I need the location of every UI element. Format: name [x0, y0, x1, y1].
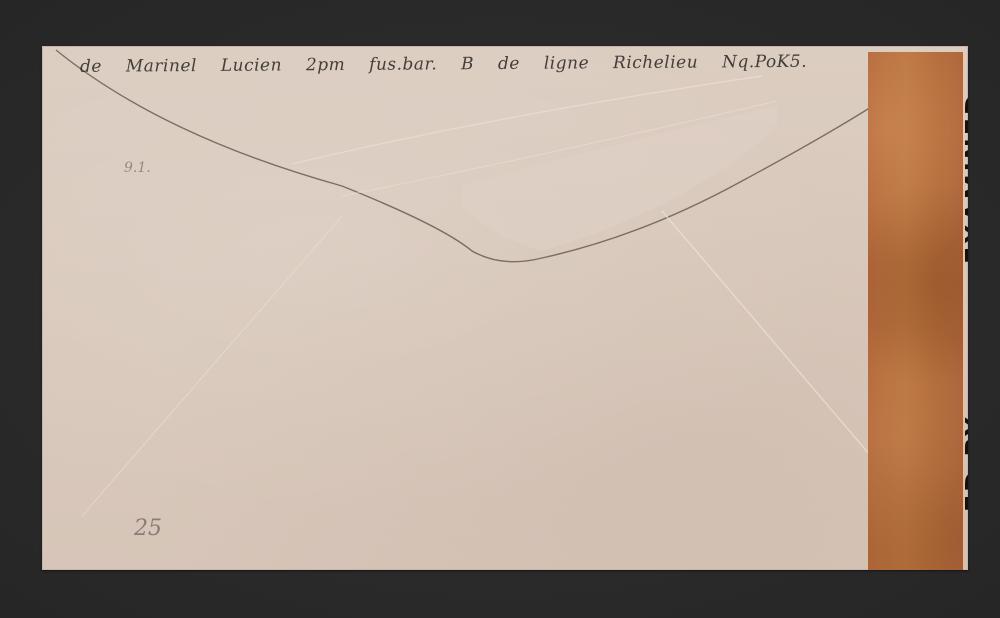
censor-text-by: ED BY: [960, 392, 968, 512]
censor-tape: EXAMINED ED BY: [868, 52, 963, 570]
censor-text-examined: EXAMINED: [960, 72, 968, 264]
pencil-mark: 9.1.: [124, 160, 151, 176]
envelope-flap-lines: [42, 46, 968, 570]
envelope-back: de Marinel Lucien 2pm fus.bar. B de lign…: [42, 46, 968, 570]
pencil-number: 25: [134, 516, 162, 541]
